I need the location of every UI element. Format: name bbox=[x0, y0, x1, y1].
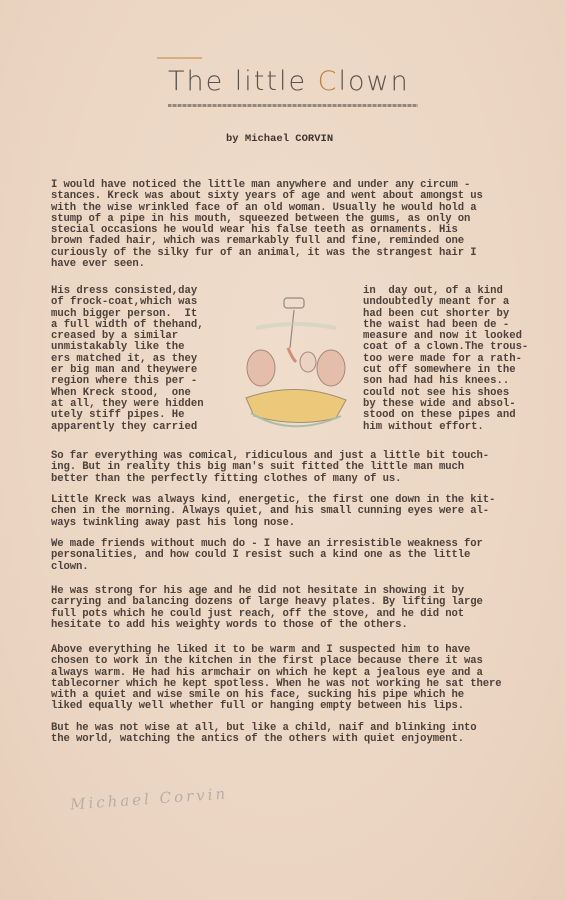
paragraph-4: We made friends without much do - I have… bbox=[51, 539, 483, 573]
title-text-b: C bbox=[318, 66, 339, 97]
typescript-page: The little Clown by Michael CORVIN I wou… bbox=[0, 0, 566, 900]
paragraph-5: He was strong for his age and he did not… bbox=[51, 586, 483, 631]
byline: by Michael CORVIN bbox=[226, 133, 333, 145]
paragraph-1: I would have noticed the little man anyw… bbox=[51, 180, 483, 270]
column-left: His dress consisted,day of frock-coat,wh… bbox=[51, 286, 204, 433]
illustration-sketch bbox=[236, 288, 354, 436]
title-underline-accent bbox=[157, 57, 202, 59]
title-underline bbox=[168, 104, 418, 107]
paragraph-7: But he was not wise at all, but like a c… bbox=[51, 723, 477, 746]
page-title: The little Clown bbox=[168, 66, 410, 97]
paragraph-2: So far everything was comical, ridiculou… bbox=[51, 451, 489, 485]
column-right: in day out, of a kind undoubtedly meant … bbox=[363, 286, 528, 433]
title-text-c: lown bbox=[339, 66, 410, 97]
signature: Michael Corvin bbox=[70, 785, 229, 814]
paragraph-3: Little Kreck was always kind, energetic,… bbox=[51, 495, 495, 529]
paragraph-6: Above everything he liked it to be warm … bbox=[51, 645, 502, 713]
title-text-a: The little bbox=[168, 66, 318, 97]
